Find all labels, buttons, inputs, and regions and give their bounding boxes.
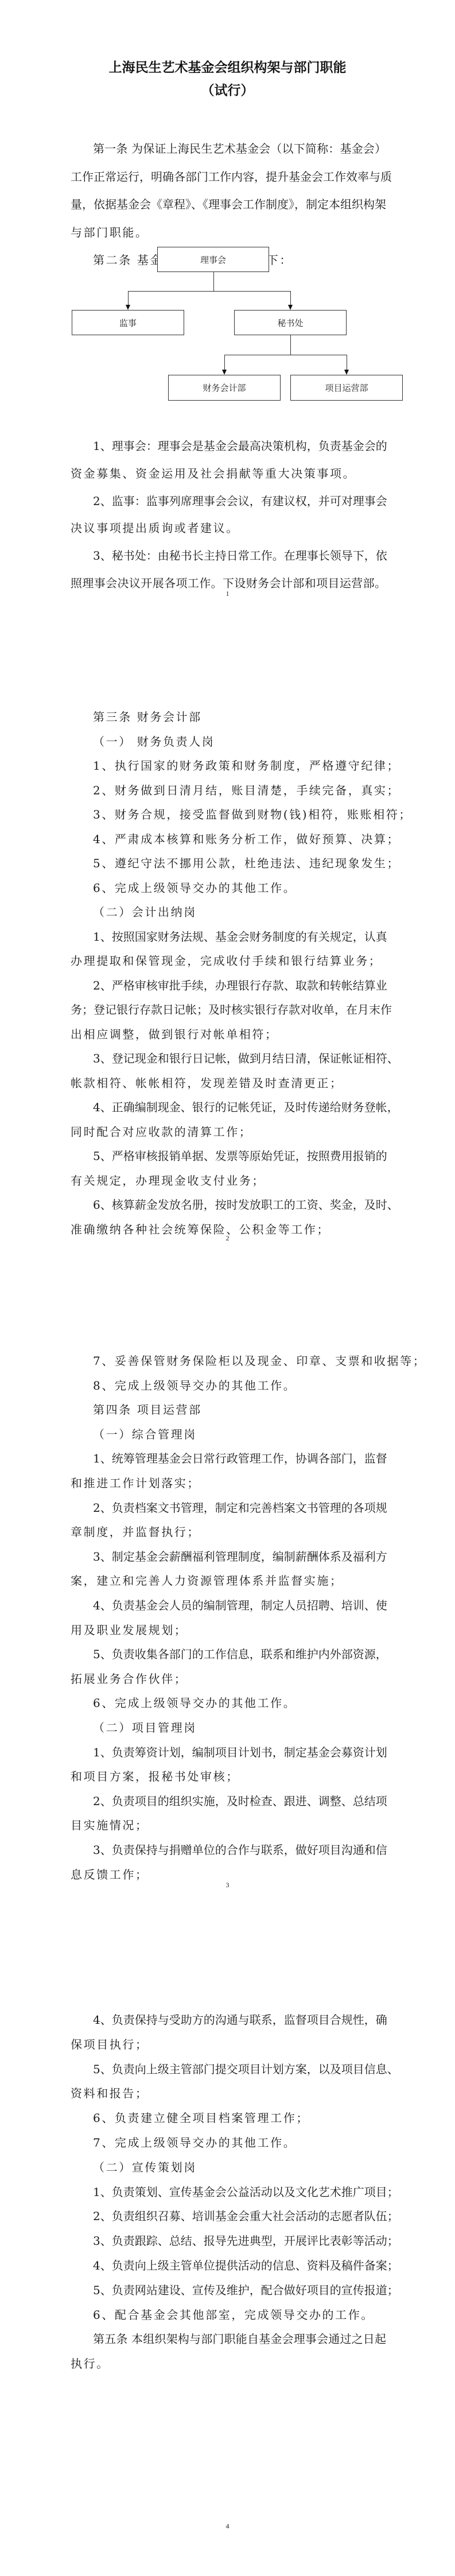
paragraph-line: （二）宣传策划岗 (93, 2159, 386, 2176)
page-number: 3 (0, 1881, 455, 1890)
paragraph-line: 5、严格审核报销单据、发票等原始凭证，按照费用报销的 (93, 1147, 386, 1165)
paragraph-line: 3、负责跟踪、总结、报导先进典型，开展评比表彰等活动； (93, 2232, 386, 2249)
paragraph-line: 拓展业务合作伙伴； (71, 1670, 386, 1687)
org-connector (290, 335, 291, 355)
paragraph-line: 2、财务做到日清月结，账目清楚，手续完备，真实； (93, 782, 386, 799)
paragraph-line: 5、遵纪守法不挪用公款，杜绝违法、违纪现象发生； (93, 855, 386, 872)
arrow-down-icon (288, 305, 293, 310)
paragraph-line: 和推进工作计划落实； (71, 1475, 386, 1492)
paragraph-line: 2、负责档案文书管理，制定和完善档案文书管理的各项规 (93, 1499, 386, 1516)
paragraph-line: 6、配合基金会其他部室，完成领导交办的工作。 (93, 2306, 386, 2323)
org-node-finance: 财务会计部 (168, 375, 281, 401)
org-node-supervisor: 监事 (72, 310, 184, 335)
paragraph-line: （一）综合管理岗 (93, 1426, 386, 1443)
org-connector (224, 355, 347, 355)
arrow-down-icon (344, 370, 349, 375)
paragraph-line: 章制度，并监督执行； (71, 1523, 386, 1541)
paragraph-line: 1、统筹管理基金会日常行政管理工作，协调各部门，监督 (93, 1450, 386, 1467)
paragraph-line: 5、负责网站建设、宣传及维护，配合做好项目的宣传报道； (93, 2282, 386, 2299)
page-2: 第三条 财务会计部（一） 财务负责人岗1、执行国家的财务政策和财务制度，严格遵守… (0, 644, 455, 1288)
arrow-down-icon (126, 305, 130, 310)
page-number: 1 (0, 589, 455, 598)
page-3: 7、妥善保管财务保险柜以及现金、印章、支票和收据等；8、完成上级领导交办的其他工… (0, 1288, 455, 1932)
paragraph-line: 6、负责建立健全项目档案管理工作； (93, 2109, 386, 2127)
org-node-secretariat: 秘书处 (234, 310, 347, 335)
paragraph-line: 7、完成上级领导交办的其他工作。 (93, 2134, 386, 2151)
paragraph-line: （一） 财务负责人岗 (93, 733, 386, 750)
paragraph-line: 第三条 财务会计部 (93, 708, 386, 726)
paragraph-line: 出相应调整，做到银行对帐单相符； (71, 1026, 386, 1043)
paragraph-line: 3、制定基金会薪酬福利管理制度，编制薪酬体系及福利方 (93, 1548, 386, 1565)
paragraph-line: 决议事项提出质询或者建议。 (71, 519, 386, 537)
page-number: 2 (0, 1234, 455, 1243)
paragraph-line: 5、负责收集各部门的工作信息，联系和维护内外部资源， (93, 1646, 386, 1663)
org-connector (290, 291, 291, 305)
document-title: 上海民生艺术基金会组织构架与部门职能 (0, 59, 455, 76)
paragraph-line: 务；登记银行存款日记帐；及时核实银行存款对收单，在月末作 (71, 1001, 386, 1018)
paragraph-line: 4、负责保持与受助方的沟通与联系，监督项目合规性，确 (93, 2011, 386, 2028)
page-4: 4、负责保持与受助方的沟通与联系，监督项目合规性，确保项目执行；5、负责向上级主… (0, 1932, 455, 2576)
paragraph-line: 4、正确编制现金、银行的记帐凭证，及时传递给财务登帐， (93, 1099, 386, 1116)
paragraph-line: 1、理事会：理事会是基金会最高决策机构，负责基金会的 (93, 437, 386, 455)
paragraph-line: 8、完成上级领导交办的其他工作。 (93, 1377, 386, 1394)
page-number: 4 (0, 2522, 455, 2531)
paragraph-line: 5、负责向上级主管部门提交项目计划方案，以及项目信息、 (93, 2061, 386, 2078)
paragraph-line: 3、登记现金和银行日记帐，做到月结日清，保证帐证相符、 (93, 1050, 386, 1067)
page-1: 上海民生艺术基金会组织构架与部门职能 （试行） 第一条 为保证上海民生艺术基金会… (0, 0, 455, 644)
paragraph-line: 2、负责组织召募、培训基金会重大社会活动的志愿者队伍； (93, 2208, 386, 2225)
paragraph-line: 1、负责筹资计划，编制项目计划书，制定基金会募资计划 (93, 1744, 386, 1761)
paragraph-line: 1、按照国家财务法规、基金会财务制度的有关规定，认真 (93, 928, 386, 945)
paragraph-line: 6、完成上级领导交办的其他工作。 (93, 1694, 386, 1712)
paragraph-line: 第五条 本组织架构与部门职能自基金会理事会通过之日起 (93, 2330, 386, 2348)
paragraph-line: 和项目方案，报秘书处审核； (71, 1768, 386, 1785)
org-connector (213, 272, 214, 291)
document-subtitle: （试行） (0, 82, 455, 99)
paragraph-line: 目实施情况； (71, 1817, 386, 1834)
paragraph-line: 帐款相符、帐帐相符，发现差错及时查清更正； (71, 1074, 386, 1092)
paragraph-line: 资金募集、资金运用及社会捐献等重大决策事项。 (71, 465, 386, 482)
arrow-down-icon (222, 370, 227, 375)
paragraph-line: 3、负责保持与捐赠单位的合作与联系，做好项目沟通和信 (93, 1841, 386, 1859)
paragraph-line: 工作正常运行，明确各部门工作内容，提升基金会工作效率与质 (71, 168, 386, 185)
paragraph-line: 与部门职能。 (71, 224, 386, 241)
paragraph-line: 有关规定，办理现金收支付业务； (71, 1172, 386, 1189)
paragraph-line: 执行。 (71, 2355, 386, 2372)
paragraph-line: 1、负责策划、宣传基金会公益活动以及文化艺术推广项目； (93, 2183, 386, 2201)
paragraph-line: 2、监事：监事列席理事会会议，有建议权，并可对理事会 (93, 492, 386, 510)
paragraph-line: 7、妥善保管财务保险柜以及现金、印章、支票和收据等； (93, 1352, 386, 1370)
org-connector (224, 355, 225, 370)
paragraph-line: 2、负责项目的组织实施，及时检查、跟进、调整、总结项 (93, 1793, 386, 1810)
paragraph-line: 4、负责基金会人员的编制管理，制定人员招聘、培训、使 (93, 1597, 386, 1614)
paragraph-line: 6、核算薪金发放名册，按时发放职工的工资、奖金，及时、 (93, 1196, 386, 1213)
paragraph-line: 第一条 为保证上海民生艺术基金会（以下简称：基金会） (93, 140, 386, 157)
paragraph-line: 保项目执行； (71, 2036, 386, 2053)
paragraph-line: 量，依据基金会《章程》、《理事会工作制度》，制定本组织构架 (71, 196, 386, 213)
org-connector (128, 291, 290, 292)
paragraph-line: （二）会计出纳岗 (93, 903, 386, 921)
paragraph-line: 1、执行国家的财务政策和财务制度，严格遵守纪律； (93, 757, 386, 774)
paragraph-line: （二）项目管理岗 (93, 1719, 386, 1736)
org-node-board: 理事会 (157, 247, 269, 272)
paragraph-line: 2、严格审核审批手续，办理银行存款、取款和转帐结算业 (93, 977, 386, 994)
paragraph-line: 用及职业发展规划； (71, 1621, 386, 1639)
paragraph-line: 4、严肃成本核算和账务分析工作，做好预算、决算； (93, 831, 386, 848)
paragraph-line: 第四条 项目运营部 (93, 1401, 386, 1418)
paragraph-line: 6、完成上级领导交办的其他工作。 (93, 879, 386, 897)
paragraph-line: 办理提取和保管现金，完成收付手续和银行结算业务； (71, 952, 386, 969)
paragraph-line: 4、负责向上级主管单位提供活动的信息、资料及稿件备案； (93, 2257, 386, 2274)
paragraph-line: 3、秘书处：由秘书长主持日常工作。在理事长领导下，依 (93, 547, 386, 564)
org-connector (347, 355, 347, 370)
paragraph-line: 同时配合对应收款的清算工作； (71, 1123, 386, 1140)
paragraph-line: 资料和报告； (71, 2085, 386, 2102)
paragraph-line: 案，建立和完善人力资源管理体系并监督实施； (71, 1572, 386, 1589)
org-node-operations: 项目运营部 (290, 375, 403, 401)
paragraph-line: 3、财务合规，接受监督做到财物(钱)相符，账账相符； (93, 806, 386, 823)
org-connector (128, 291, 129, 305)
